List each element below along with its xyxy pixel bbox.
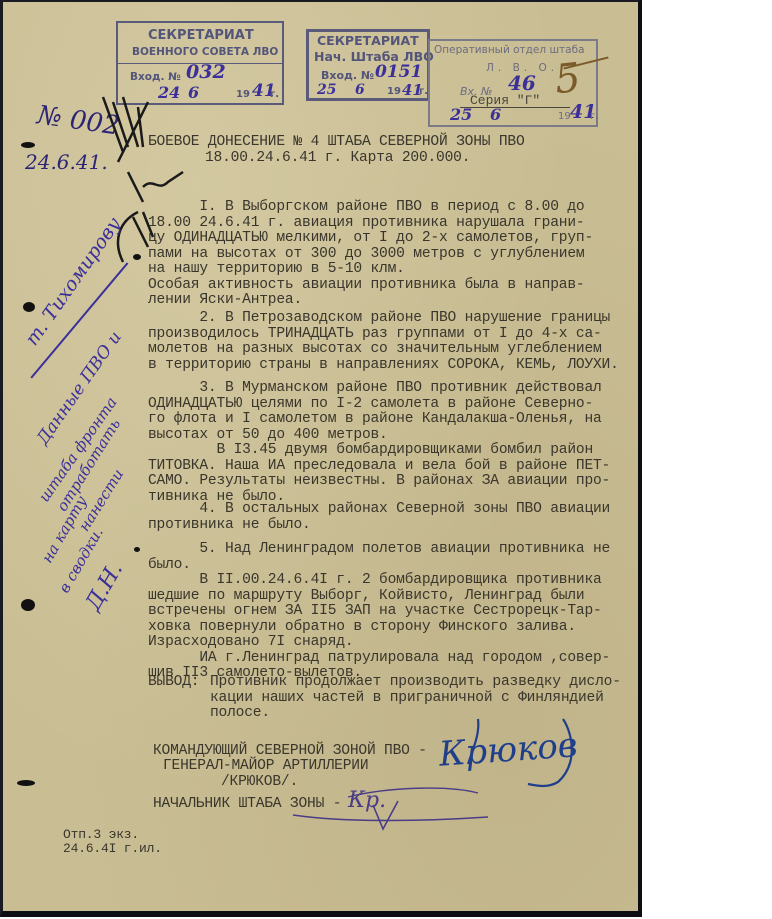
paragraph-3: 3. В Мурманском районе ПВО противник дей… (148, 381, 610, 505)
text-line: Противник продолжает производить разведк… (210, 675, 621, 691)
punch-hole (21, 599, 35, 611)
stamp-year-prefix: 19 (558, 111, 571, 122)
stamp-series: Серия "Г" (470, 93, 540, 108)
text-line: САМО. Результаты неизвестны. В районах З… (148, 474, 610, 490)
text-line: противника не было. (148, 518, 610, 534)
paragraph-2: 2. В Петрозаводском районе ПВО нарушение… (148, 311, 619, 373)
stamp-day: 25 (317, 82, 336, 98)
text-line: 5. Над Ленинградом полетов авиации проти… (148, 542, 610, 558)
punch-hole (17, 780, 35, 786)
text-line: в территорию страны в направлениях СОРОК… (148, 358, 619, 374)
text-line: на нашу территорию в 5-10 клм. (148, 262, 593, 278)
text-line: 3. В Мурманском районе ПВО противник дей… (148, 381, 610, 397)
text-line: ИА г.Ленинград патрулировала над городом… (148, 651, 610, 667)
text-line: Особая активность авиации противника был… (148, 278, 593, 294)
chief-of-staff-flourish-icon (288, 787, 498, 837)
stamp-year-unit: г. (590, 111, 598, 122)
text-line: 4. В остальных районах Северной зоны ПВО… (148, 502, 610, 518)
commander-signature-flourish-icon (458, 714, 588, 794)
pencil-mark: 5 (553, 55, 583, 103)
ink-spot (134, 547, 140, 552)
stamp-year-unit: г. (419, 86, 428, 97)
stamp-incoming-number: 46 (508, 71, 536, 95)
paragraph-1: I. В Выборгском районе ПВО в период с 8.… (148, 200, 593, 309)
stamp-title: Оперативный отдел штаба (434, 44, 585, 56)
report-title: БОЕВОЕ ДОНЕСЕНИЕ № 4 ШТАБА СЕВЕРНОЙ ЗОНЫ… (148, 135, 525, 151)
text-line: молетов на разных высотах со значительны… (148, 342, 619, 358)
text-line: Израсходовано 7I снаряд. (148, 635, 610, 651)
text-line: производилось ТРИНАДЦАТЬ раз группами от… (148, 327, 619, 343)
text-line: I. В Выборгском районе ПВО в период с 8.… (148, 200, 593, 216)
stamp-year-unit: г. (270, 89, 279, 100)
text-line: встречены огнем ЗА II5 ЗАП на участке Се… (148, 604, 610, 620)
text-line: В I3.45 двумя бомбардировщиками бомбил р… (148, 443, 610, 459)
footer-date-initials: 24.6.4I г.ил. (63, 841, 162, 857)
stamp-title: СЕКРЕТАРИАТ (317, 33, 419, 48)
paragraph-5: 5. Над Ленинградом полетов авиации проти… (148, 542, 610, 682)
document-page: СЕКРЕТАРИАТ ВОЕННОГО СОВЕТА ЛВО Вход. № … (0, 0, 642, 917)
stamp-secretariat-chief-of-staff: СЕКРЕТАРИАТ Нач. Штаба ЛВО Вход. № 0151 … (306, 29, 430, 101)
stamp-title: СЕКРЕТАРИАТ (148, 28, 254, 43)
commander-name: /КРЮКОВ/. (221, 775, 298, 791)
punch-hole (23, 302, 35, 312)
resolution-scribble-icon (98, 92, 188, 212)
text-line: ховка повернули обратно в сторону Финско… (148, 620, 610, 636)
text-line: высотах от 50 до 400 метров. (148, 428, 610, 444)
stamp-incoming-label: Вход. № (321, 69, 374, 82)
text-line: ТИТОВКА. Наша ИА преследовала и вела бой… (148, 459, 610, 475)
text-line: ОДИНАДЦАТЬЮ целями по I-2 самолета в рай… (148, 397, 610, 413)
paragraph-4: 4. В остальных районах Северной зоны ПВО… (148, 502, 610, 533)
conclusion-label: ВЫВОД: (148, 675, 199, 691)
punch-hole (21, 142, 35, 148)
stamp-incoming-number: 032 (186, 61, 226, 83)
commander-rank: ГЕНЕРАЛ-МАЙОР АРТИЛЛЕРИИ (163, 759, 368, 775)
stamp-month: 6 (188, 83, 199, 102)
text-line: шедшие по маршруту Выборг, Койвисто, Лен… (148, 589, 610, 605)
text-line: го флота и I самолетом в районе Кандалак… (148, 412, 610, 428)
stamp-incoming-number: 0151 (375, 62, 422, 82)
text-line: 18.00 24.6.41 г. авиация противника нару… (148, 216, 593, 232)
text-line: 2. В Петрозаводском районе ПВО нарушение… (148, 311, 619, 327)
report-subtitle: 18.00.24.6.41 г. Карта 200.000. (205, 151, 470, 167)
stamp-year-prefix: 19 (236, 89, 250, 100)
text-line: цу ОДИНАДЦАТЬЮ мелкими, от I до 2-х само… (148, 231, 593, 247)
text-line: В II.00.24.6.4I г. 2 бомбардировщика про… (148, 573, 610, 589)
stamp-year-prefix: 19 (387, 86, 401, 97)
stamp-month: 6 (490, 105, 501, 124)
stamp-subtitle: ВОЕННОГО СОВЕТА ЛВО (132, 46, 278, 58)
handwritten-date: 24.6.41. (25, 150, 108, 174)
ink-spot (133, 254, 141, 260)
text-line: кации наших частей в приграничной с Финл… (210, 691, 621, 707)
stamp-month: 6 (355, 82, 365, 98)
stamp-incoming-label: Вход. № (130, 71, 181, 83)
stamp-day: 25 (450, 105, 472, 124)
text-line: пами на высотах от 300 до 3000 метров с … (148, 247, 593, 263)
text-line: лении Яски-Антреа. (148, 293, 593, 309)
text-line: было. (148, 558, 610, 574)
